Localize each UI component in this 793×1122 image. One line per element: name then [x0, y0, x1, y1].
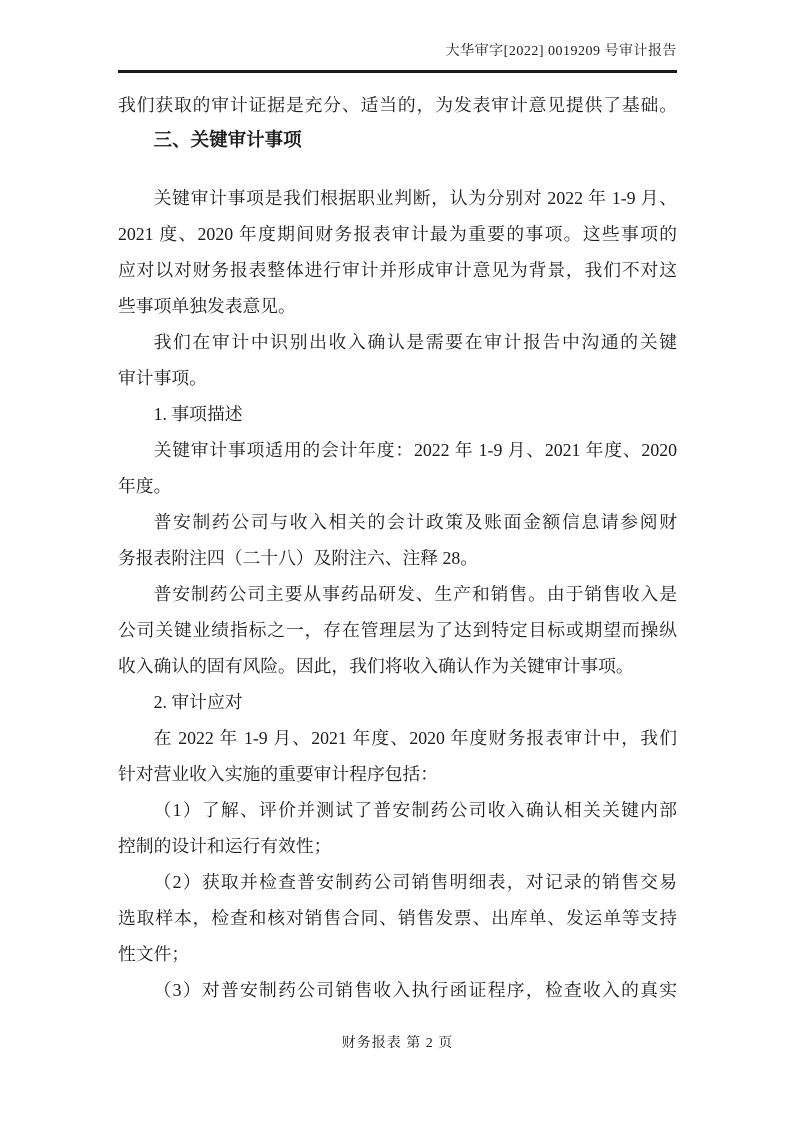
text-line: 选取样本，检查和核对销售合同、销售发票、出库单、发运单等支持 [118, 900, 677, 936]
text-line: 1. 事项描述 [118, 396, 677, 432]
paragraph: 我们获取的审计证据是充分、适当的，为发表审计意见提供了基础。 [118, 87, 677, 123]
paragraph: 关键审计事项是我们根据职业判断，认为分别对 2022 年 1-9 月、2021 … [118, 180, 677, 324]
text-line: 2. 审计应对 [118, 684, 677, 720]
paragraph: 在 2022 年 1-9 月、2021 年度、2020 年度财务报表审计中，我们… [118, 720, 677, 792]
text-line: （1）了解、评价并测试了普安制药公司收入确认相关关键内部 [118, 792, 677, 828]
paragraph: （1）了解、评价并测试了普安制药公司收入确认相关关键内部控制的设计和运行有效性； [118, 792, 677, 864]
paragraph: 普安制药公司与收入相关的会计政策及账面金额信息请参阅财务报表附注四（二十八）及附… [118, 504, 677, 576]
paragraph: 我们在审计中识别出收入确认是需要在审计报告中沟通的关键审计事项。 [118, 324, 677, 396]
text-line: 2021 度、2020 年度期间财务报表审计最为重要的事项。这些事项的 [118, 216, 677, 252]
paragraph: （3）对普安制药公司销售收入执行函证程序，检查收入的真实 [118, 972, 677, 1008]
text-line: 控制的设计和运行有效性； [118, 828, 677, 864]
text-line: 性文件； [118, 936, 677, 972]
paragraph: 2. 审计应对 [118, 684, 677, 720]
text-line: 年度。 [118, 468, 677, 504]
paragraph: 关键审计事项适用的会计年度：2022 年 1-9 月、2021 年度、2020年… [118, 432, 677, 504]
text-line: 普安制药公司与收入相关的会计政策及账面金额信息请参阅财 [118, 504, 677, 540]
header-doc-number: 大华审字[2022] 0019209 号审计报告 [118, 42, 677, 62]
section-heading-line: 三、关键审计事项 [118, 123, 677, 159]
document-body: 我们获取的审计证据是充分、适当的，为发表审计意见提供了基础。三、关键审计事项关键… [118, 87, 677, 1008]
text-line: 收入确认的固有风险。因此，我们将收入确认作为关键审计事项。 [118, 648, 677, 684]
text-line: 我们在审计中识别出收入确认是需要在审计报告中沟通的关键 [118, 324, 677, 360]
text-line: 我们获取的审计证据是充分、适当的，为发表审计意见提供了基础。 [118, 87, 677, 123]
paragraph: （2）获取并检查普安制药公司销售明细表，对记录的销售交易选取样本，检查和核对销售… [118, 864, 677, 972]
text-line: 普安制药公司主要从事药品研发、生产和销售。由于销售收入是 [118, 576, 677, 612]
paragraph: 1. 事项描述 [118, 396, 677, 432]
text-line: 针对营业收入实施的重要审计程序包括： [118, 756, 677, 792]
text-line: 审计事项。 [118, 360, 677, 396]
text-line: 务报表附注四（二十八）及附注六、注释 28。 [118, 540, 677, 576]
section-heading: 三、关键审计事项 [118, 123, 677, 159]
text-line: 些事项单独发表意见。 [118, 288, 677, 324]
header-rule [118, 70, 677, 73]
text-line: 关键审计事项是我们根据职业判断，认为分别对 2022 年 1-9 月、 [118, 180, 677, 216]
footer-page-label: 财务报表 第 2 页 [118, 1034, 677, 1054]
text-line: 公司关键业绩指标之一，存在管理层为了达到特定目标或期望而操纵 [118, 612, 677, 648]
text-line: （3）对普安制药公司销售收入执行函证程序，检查收入的真实 [118, 972, 677, 1008]
paragraph: 普安制药公司主要从事药品研发、生产和销售。由于销售收入是公司关键业绩指标之一，存… [118, 576, 677, 684]
text-line: （2）获取并检查普安制药公司销售明细表，对记录的销售交易 [118, 864, 677, 900]
text-line: 在 2022 年 1-9 月、2021 年度、2020 年度财务报表审计中，我们 [118, 720, 677, 756]
text-line: 应对以对财务报表整体进行审计并形成审计意见为背景，我们不对这 [118, 252, 677, 288]
text-line: 关键审计事项适用的会计年度：2022 年 1-9 月、2021 年度、2020 [118, 432, 677, 468]
audit-report-page: 大华审字[2022] 0019209 号审计报告 我们获取的审计证据是充分、适当… [0, 0, 793, 1122]
